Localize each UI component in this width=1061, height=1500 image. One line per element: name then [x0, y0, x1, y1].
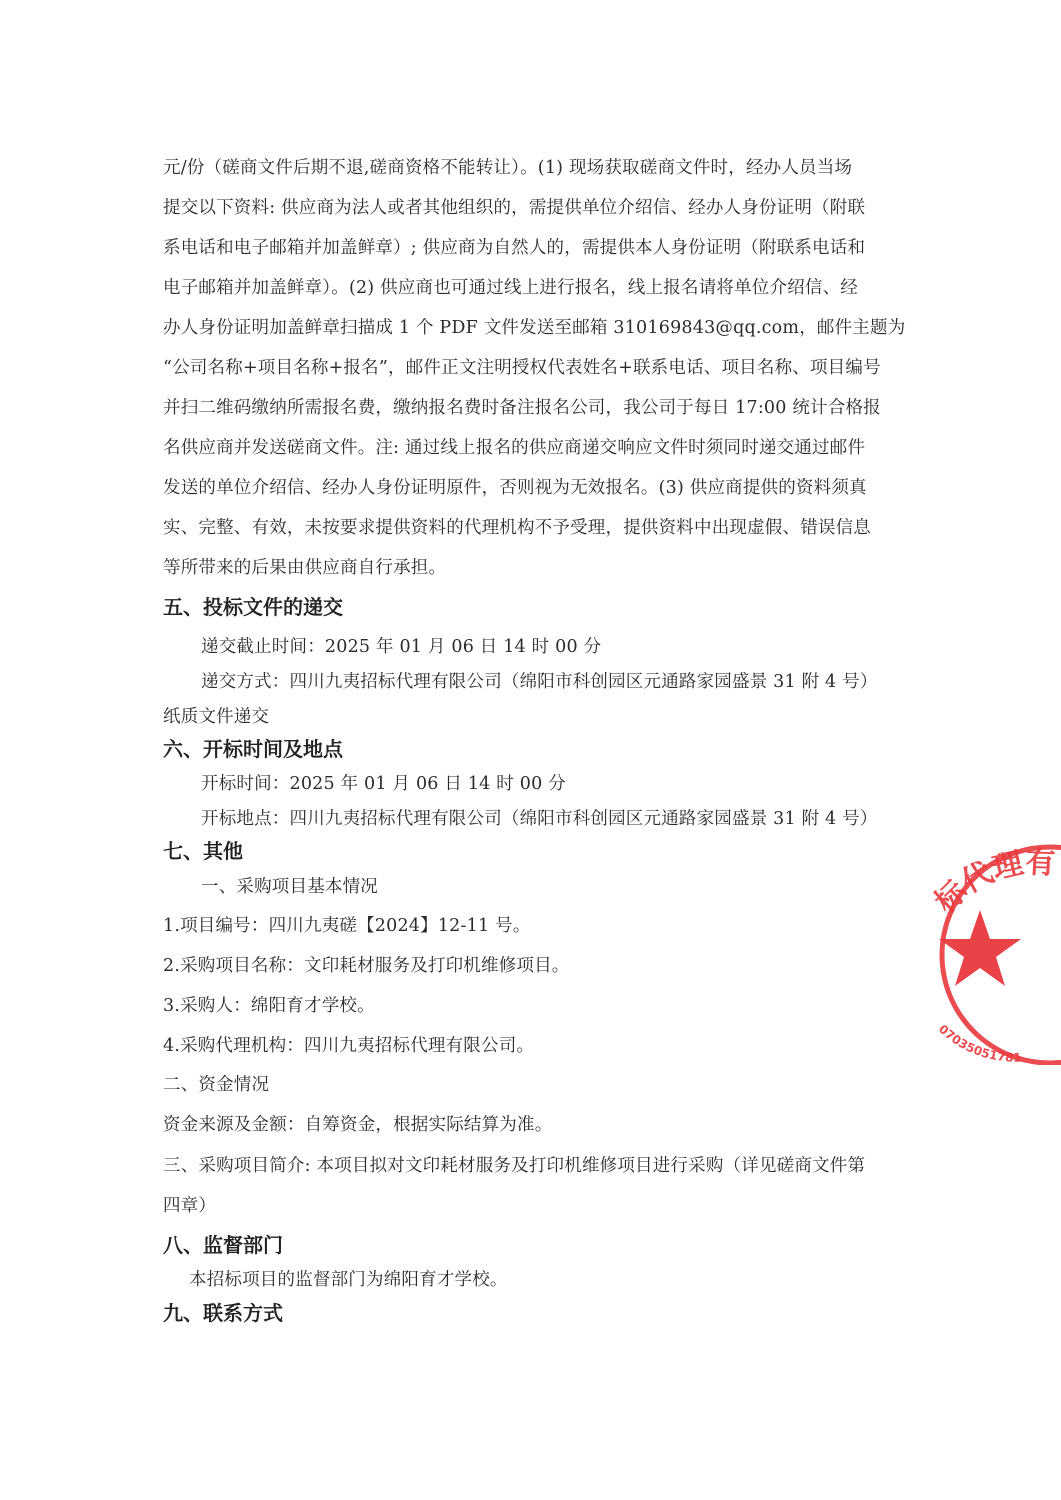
section-heading: 五、投标文件的递交: [163, 594, 343, 620]
section-heading: 七、其他: [163, 838, 243, 864]
paragraph-line: 发送的单位介绍信、经办人身份证明原件，否则视为无效报名。(3) 供应商提供的资料…: [163, 477, 867, 499]
paragraph-line: 并扫二维码缴纳所需报名费，缴纳报名费时备注报名公司，我公司于每日 17:00 统…: [163, 397, 881, 419]
list-item: 2.采购项目名称：文印耗材服务及打印机维修项目。: [163, 955, 570, 977]
seal-icon: 标代理有限公司 07035051781: [928, 835, 1061, 1065]
project-summary: 三、采购项目简介: 本项目拟对文印耗材服务及打印机维修项目进行采购（详见磋商文件…: [163, 1155, 865, 1177]
list-item: 3.采购人：绵阳育才学校。: [163, 995, 375, 1017]
svg-text:07035051781: 07035051781: [936, 1022, 1022, 1065]
paragraph-line: 等所带来的后果由供应商自行承担。: [163, 557, 446, 579]
list-item: 1.项目编号：四川九夷磋【2024】12-11 号。: [163, 915, 530, 937]
subsection-title: 一、采购项目基本情况: [201, 876, 378, 898]
section-heading: 六、开标时间及地点: [163, 736, 343, 762]
paragraph-line: 元/份（磋商文件后期不退,磋商资格不能转让）。(1) 现场获取磋商文件时，经办人…: [163, 157, 852, 179]
submission-method-cont: 纸质文件递交: [163, 706, 269, 728]
paragraph-line: 名供应商并发送磋商文件。注: 通过线上报名的供应商递交响应文件时须同时递交通过邮…: [163, 437, 865, 459]
opening-place: 开标地点：四川九夷招标代理有限公司（绵阳市科创园区元通路家园盛景 31 附 4 …: [201, 808, 878, 830]
submission-deadline: 递交截止时间：2025 年 01 月 06 日 14 时 00 分: [201, 636, 601, 658]
project-summary-cont: 四章）: [163, 1195, 216, 1217]
subsection-title: 二、资金情况: [163, 1074, 269, 1096]
list-item: 4.采购代理机构：四川九夷招标代理有限公司。: [163, 1035, 534, 1057]
paragraph-line: 系电话和电子邮箱并加盖鲜章）; 供应商为自然人的，需提供本人身份证明（附联系电话…: [163, 237, 865, 259]
submission-method: 递交方式：四川九夷招标代理有限公司（绵阳市科创园区元通路家园盛景 31 附 4 …: [201, 671, 878, 693]
paragraph-line: 提交以下资料: 供应商为法人或者其他组织的，需提供单位介绍信、经办人身份证明（附…: [163, 197, 865, 219]
paragraph-line: 办人身份证明加盖鲜章扫描成 1 个 PDF 文件发送至邮箱 310169843@…: [163, 317, 905, 339]
document-page: 元/份（磋商文件后期不退,磋商资格不能转让）。(1) 现场获取磋商文件时，经办人…: [0, 0, 1061, 1500]
paragraph-line: 实、完整、有效，未按要求提供资料的代理机构不予受理，提供资料中出现虚假、错误信息: [163, 517, 871, 539]
funds-text: 资金来源及金额：自筹资金，根据实际结算为准。: [163, 1114, 552, 1136]
paragraph-line: 电子邮箱并加盖鲜章）。(2) 供应商也可通过线上进行报名，线上报名请将单位介绍信…: [163, 277, 858, 299]
section-heading: 九、联系方式: [163, 1300, 283, 1326]
section-heading: 八、监督部门: [163, 1232, 283, 1258]
paragraph-line: “公司名称+项目名称+报名”，邮件正文注明授权代表姓名+联系电话、项目名称、项目…: [163, 357, 881, 379]
opening-time: 开标时间：2025 年 01 月 06 日 14 时 00 分: [201, 773, 566, 795]
svg-text:标代理有限公司: 标代理有限公司: [928, 835, 1056, 920]
official-seal-stamp: 标代理有限公司 07035051781: [928, 835, 1061, 1065]
supervision-text: 本招标项目的监督部门为绵阳育才学校。: [189, 1269, 508, 1291]
